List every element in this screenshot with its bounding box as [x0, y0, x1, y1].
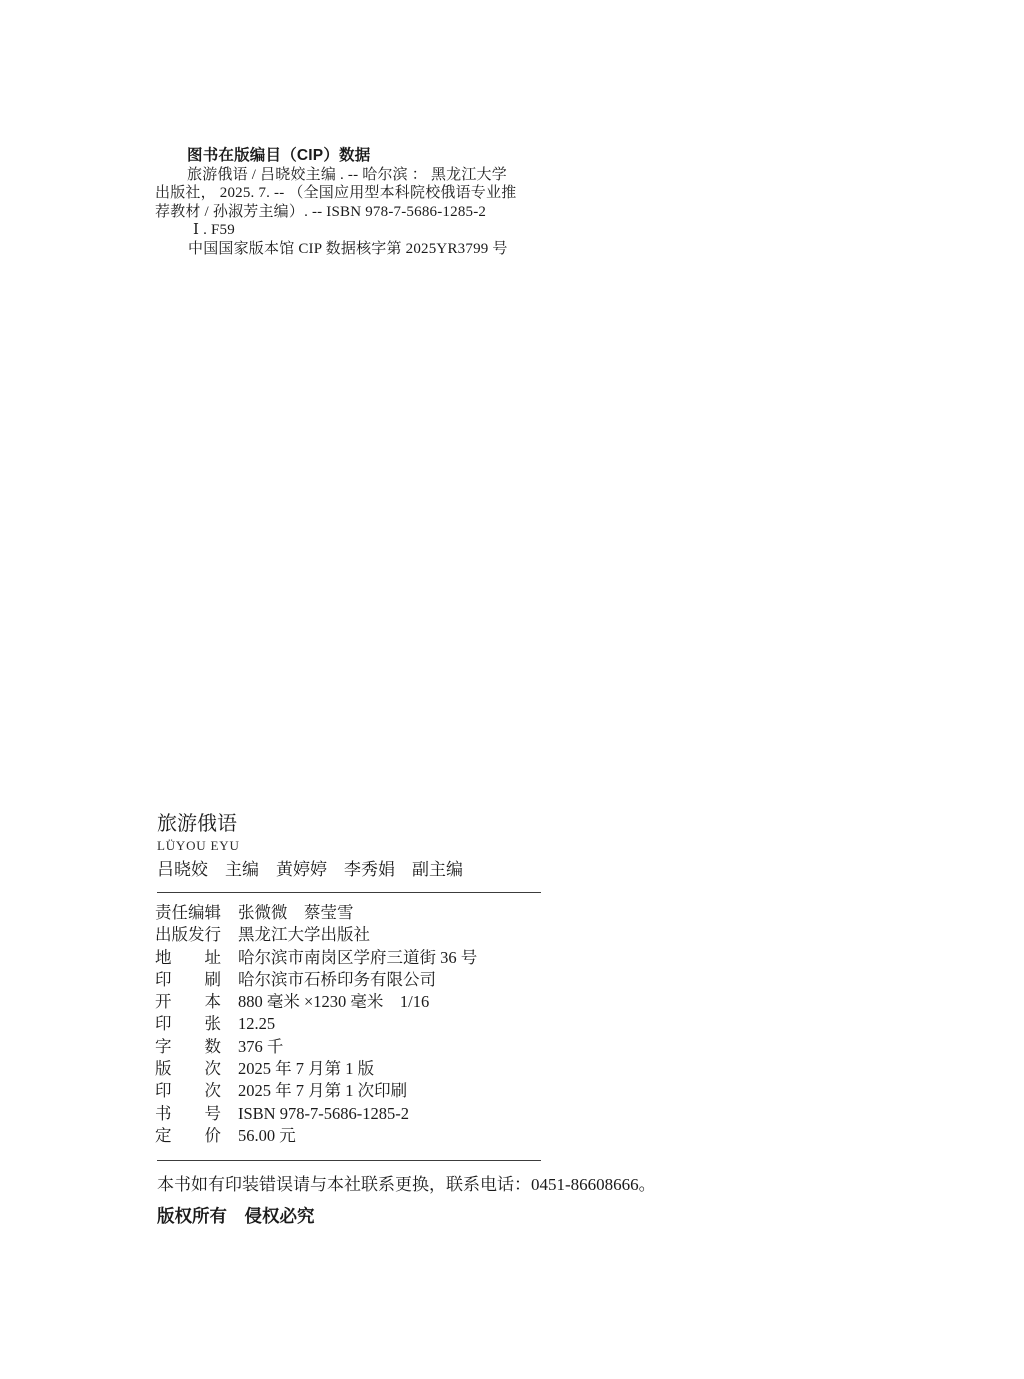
row-label: 开 本	[155, 991, 223, 1013]
row-value: 哈尔滨市石桥印务有限公司	[238, 969, 436, 991]
row-label: 印 刷	[155, 969, 223, 991]
title-block: 旅游俄语 LÜYOU EYU 吕晓姣 主编 黄婷婷 李秀娟 副主编	[157, 812, 463, 880]
row-value: 黑龙江大学出版社	[238, 924, 370, 946]
cip-line: 出版社， 2025. 7. -- （全国应用型本科院校俄语专业推	[155, 184, 585, 203]
row-label: 版 次	[155, 1058, 223, 1080]
book-title-pinyin: LÜYOU EYU	[157, 838, 463, 854]
row-label: 地 址	[155, 947, 223, 969]
row-value: 2025 年 7 月第 1 版	[238, 1058, 374, 1080]
table-row: 书 号 ISBN 978-7-5686-1285-2	[155, 1103, 477, 1125]
row-value: 张微微 蔡莹雪	[238, 902, 354, 924]
row-label: 印 次	[155, 1080, 223, 1102]
cip-line: 荐教材 / 孙淑芳主编）. -- ISBN 978-7-5686-1285-2	[155, 203, 585, 222]
row-value: 2025 年 7 月第 1 次印刷	[238, 1080, 407, 1102]
cip-record-number: 中国国家版本馆 CIP 数据核字第 2025YR3799 号	[188, 240, 585, 259]
copyright-page: 图书在版编目（CIP）数据 旅游俄语 / 吕晓姣主编 . -- 哈尔滨 ： 黑龙…	[0, 0, 1024, 1379]
row-label: 出版发行	[155, 924, 223, 946]
divider-top	[157, 892, 541, 893]
divider-bottom	[157, 1160, 541, 1161]
table-row: 定 价 56.00 元	[155, 1125, 477, 1147]
row-value: 12.25	[238, 1013, 275, 1035]
table-row: 地 址 哈尔滨市南岗区学府三道街 36 号	[155, 947, 477, 969]
row-value: 56.00 元	[238, 1125, 296, 1147]
book-authors: 吕晓姣 主编 黄婷婷 李秀娟 副主编	[157, 859, 463, 880]
table-row: 印 张 12.25	[155, 1013, 477, 1035]
row-value: 376 千	[238, 1036, 283, 1058]
table-row: 出版发行 黑龙江大学出版社	[155, 924, 477, 946]
cip-block: 图书在版编目（CIP）数据 旅游俄语 / 吕晓姣主编 . -- 哈尔滨 ： 黑龙…	[155, 147, 585, 259]
cip-heading: 图书在版编目（CIP）数据	[187, 147, 585, 166]
row-label: 定 价	[155, 1125, 223, 1147]
table-row: 印 次 2025 年 7 月第 1 次印刷	[155, 1080, 477, 1102]
table-row: 版 次 2025 年 7 月第 1 版	[155, 1058, 477, 1080]
table-row: 责任编辑 张微微 蔡莹雪	[155, 902, 477, 924]
cip-line: 旅游俄语 / 吕晓姣主编 . -- 哈尔滨 ： 黑龙江大学	[155, 166, 585, 185]
row-value: ISBN 978-7-5686-1285-2	[238, 1103, 409, 1125]
row-label: 责任编辑	[155, 902, 223, 924]
cip-classification: Ⅰ . F59	[193, 221, 585, 240]
table-row: 印 刷 哈尔滨市石桥印务有限公司	[155, 969, 477, 991]
row-label: 书 号	[155, 1103, 223, 1125]
row-value: 880 毫米 ×1230 毫米 1/16	[238, 991, 429, 1013]
errata-notice: 本书如有印装错误请与本社联系更换，联系电话：0451-86608666。	[157, 1174, 656, 1195]
row-value: 哈尔滨市南岗区学府三道街 36 号	[238, 947, 477, 969]
row-label: 印 张	[155, 1013, 223, 1035]
copyright-statement: 版权所有 侵权必究	[157, 1203, 315, 1228]
row-label: 字 数	[155, 1036, 223, 1058]
colophon-table: 责任编辑 张微微 蔡莹雪 出版发行 黑龙江大学出版社 地 址 哈尔滨市南岗区学府…	[155, 902, 477, 1147]
book-title: 旅游俄语	[157, 812, 463, 836]
table-row: 字 数 376 千	[155, 1036, 477, 1058]
table-row: 开 本 880 毫米 ×1230 毫米 1/16	[155, 991, 477, 1013]
